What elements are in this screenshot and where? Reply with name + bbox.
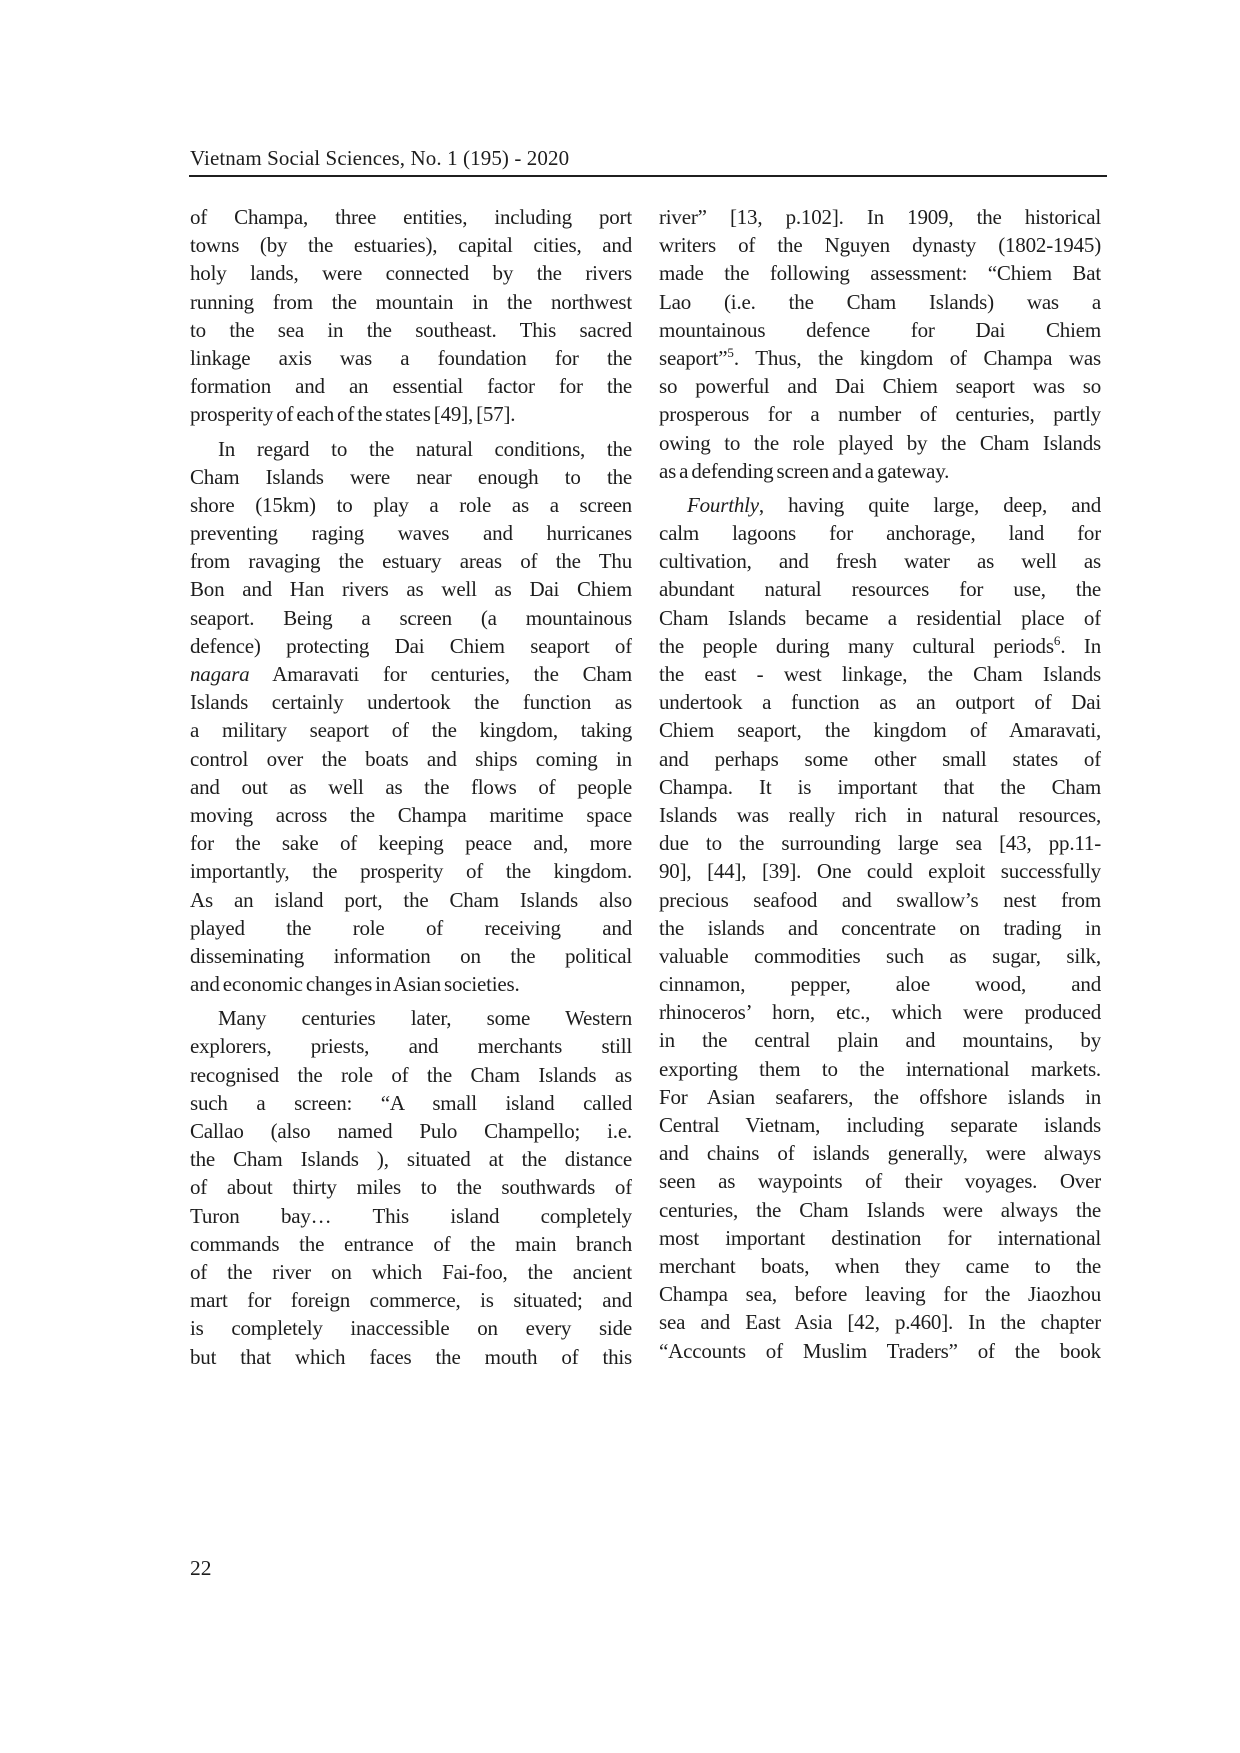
text-segment: river” [13, p.102]. In 1909, the histori… bbox=[659, 205, 1101, 229]
text-line: of about thirty miles to the southwards … bbox=[190, 1173, 632, 1201]
text-segment: as a defending screen and a gateway. bbox=[659, 459, 949, 483]
text-line: For Asian seafarers, the offshore island… bbox=[659, 1083, 1101, 1111]
text-line: cultivation, and fresh water as well as bbox=[659, 547, 1101, 575]
text-segment: rhinoceros’ horn, etc., which were produ… bbox=[659, 1000, 1101, 1024]
text-segment: the Cham Islands ), situated at the dist… bbox=[190, 1147, 632, 1171]
text-line: most important destination for internati… bbox=[659, 1224, 1101, 1252]
text-line: explorers, priests, and merchants still bbox=[190, 1032, 632, 1060]
column-left: of Champa, three entities, including por… bbox=[190, 203, 632, 1371]
text-line: valuable commodities such as sugar, silk… bbox=[659, 942, 1101, 970]
text-segment: Islands certainly undertook the function… bbox=[190, 690, 632, 714]
italic-term: Fourthly bbox=[687, 493, 759, 517]
text-line: sea and East Asia [42, p.460]. In the ch… bbox=[659, 1308, 1101, 1336]
text-segment: In regard to the natural conditions, the bbox=[218, 437, 632, 461]
text-line: for the sake of keeping peace and, more bbox=[190, 829, 632, 857]
text-segment: shore (15km) to play a role as a screen bbox=[190, 493, 632, 517]
text-line: running from the mountain in the northwe… bbox=[190, 288, 632, 316]
text-segment: the people during many cultural periods bbox=[659, 634, 1054, 658]
text-line: the Cham Islands ), situated at the dist… bbox=[190, 1145, 632, 1173]
text-segment: holy lands, were connected by the rivers bbox=[190, 261, 632, 285]
text-line: precious seafood and swallow’s nest from bbox=[659, 886, 1101, 914]
text-line: Turon bay… This island completely bbox=[190, 1202, 632, 1230]
text-line: and out as well as the flows of people bbox=[190, 773, 632, 801]
text-line: defence) protecting Dai Chiem seaport of bbox=[190, 632, 632, 660]
text-line: seaport. Being a screen (a mountainous bbox=[190, 604, 632, 632]
text-segment: made the following assessment: “Chiem Ba… bbox=[659, 261, 1101, 285]
paragraph: river” [13, p.102]. In 1909, the histori… bbox=[659, 203, 1101, 485]
text-segment: cinnamon, pepper, aloe wood, and bbox=[659, 972, 1101, 996]
text-segment: Lao (i.e. the Cham Islands) was a bbox=[659, 290, 1101, 314]
text-segment: explorers, priests, and merchants still bbox=[190, 1034, 632, 1058]
text-line: from ravaging the estuary areas of the T… bbox=[190, 547, 632, 575]
text-line: Champa. It is important that the Cham bbox=[659, 773, 1101, 801]
text-segment: is completely inaccessible on every side bbox=[190, 1316, 632, 1340]
text-line: preventing raging waves and hurricanes bbox=[190, 519, 632, 547]
text-segment: precious seafood and swallow’s nest from bbox=[659, 888, 1101, 912]
text-line: but that which faces the mouth of this bbox=[190, 1343, 632, 1371]
text-segment: defence) protecting Dai Chiem seaport of bbox=[190, 634, 632, 658]
text-line: Islands certainly undertook the function… bbox=[190, 688, 632, 716]
text-line: undertook a function as an outport of Da… bbox=[659, 688, 1101, 716]
text-segment: and perhaps some other small states of bbox=[659, 747, 1101, 771]
text-segment: formation and an essential factor for th… bbox=[190, 374, 632, 398]
text-segment: valuable commodities such as sugar, silk… bbox=[659, 944, 1101, 968]
text-line: Many centuries later, some Western bbox=[190, 1004, 632, 1032]
text-line: the people during many cultural periods6… bbox=[659, 632, 1101, 660]
text-line: commands the entrance of the main branch bbox=[190, 1230, 632, 1258]
text-segment: For Asian seafarers, the offshore island… bbox=[659, 1085, 1101, 1109]
text-segment: Bon and Han rivers as well as Dai Chiem bbox=[190, 577, 632, 601]
text-line: rhinoceros’ horn, etc., which were produ… bbox=[659, 998, 1101, 1026]
text-line: is completely inaccessible on every side bbox=[190, 1314, 632, 1342]
text-line: to the sea in the southeast. This sacred bbox=[190, 316, 632, 344]
text-line: shore (15km) to play a role as a screen bbox=[190, 491, 632, 519]
text-segment: Callao (also named Pulo Champello; i.e. bbox=[190, 1119, 632, 1143]
text-segment: Amaravati for centuries, the Cham bbox=[249, 662, 632, 686]
page-number: 22 bbox=[190, 1556, 212, 1581]
text-line: river” [13, p.102]. In 1909, the histori… bbox=[659, 203, 1101, 231]
text-line: Fourthly, having quite large, deep, and bbox=[659, 491, 1101, 519]
text-segment: disseminating information on the politic… bbox=[190, 944, 632, 968]
text-segment: seaport” bbox=[659, 346, 727, 370]
text-line: made the following assessment: “Chiem Ba… bbox=[659, 259, 1101, 287]
text-segment: but that which faces the mouth of this bbox=[190, 1345, 632, 1369]
text-line: mart for foreign commerce, is situated; … bbox=[190, 1286, 632, 1314]
text-segment: in the central plain and mountains, by bbox=[659, 1028, 1101, 1052]
text-segment: importantly, the prosperity of the kingd… bbox=[190, 859, 632, 883]
text-line: of the river on which Fai-foo, the ancie… bbox=[190, 1258, 632, 1286]
text-line: in the central plain and mountains, by bbox=[659, 1026, 1101, 1054]
text-line: Central Vietnam, including separate isla… bbox=[659, 1111, 1101, 1139]
text-segment: “Accounts of Muslim Traders” of the book bbox=[659, 1339, 1101, 1363]
text-line: due to the surrounding large sea [43, pp… bbox=[659, 829, 1101, 857]
text-segment: mart for foreign commerce, is situated; … bbox=[190, 1288, 632, 1312]
text-line: In regard to the natural conditions, the bbox=[190, 435, 632, 463]
text-line: nagara Amaravati for centuries, the Cham bbox=[190, 660, 632, 688]
text-segment: and out as well as the flows of people bbox=[190, 775, 632, 799]
text-segment: the islands and concentrate on trading i… bbox=[659, 916, 1101, 940]
text-line: As an island port, the Cham Islands also bbox=[190, 886, 632, 914]
text-segment: undertook a function as an outport of Da… bbox=[659, 690, 1101, 714]
text-line: prosperous for a number of centuries, pa… bbox=[659, 400, 1101, 428]
text-segment: Turon bay… This island completely bbox=[190, 1204, 632, 1228]
text-segment: control over the boats and ships coming … bbox=[190, 747, 632, 771]
text-line: formation and an essential factor for th… bbox=[190, 372, 632, 400]
text-line: Cham Islands were near enough to the bbox=[190, 463, 632, 491]
text-segment: commands the entrance of the main branch bbox=[190, 1232, 632, 1256]
text-line: towns (by the estuaries), capital cities… bbox=[190, 231, 632, 259]
text-segment: exporting them to the international mark… bbox=[659, 1057, 1101, 1081]
italic-term: nagara bbox=[190, 662, 249, 686]
text-segment: played the role of receiving and bbox=[190, 916, 632, 940]
text-line: such a screen: “A small island called bbox=[190, 1089, 632, 1117]
text-line: merchant boats, when they came to the bbox=[659, 1252, 1101, 1280]
text-segment: calm lagoons for anchorage, land for bbox=[659, 521, 1101, 545]
text-segment: from ravaging the estuary areas of the T… bbox=[190, 549, 632, 573]
text-segment: moving across the Champa maritime space bbox=[190, 803, 632, 827]
text-line: Lao (i.e. the Cham Islands) was a bbox=[659, 288, 1101, 316]
text-line: and perhaps some other small states of bbox=[659, 745, 1101, 773]
text-segment: Many centuries later, some Western bbox=[218, 1006, 632, 1030]
text-segment: towns (by the estuaries), capital cities… bbox=[190, 233, 632, 257]
text-line: Cham Islands became a residential place … bbox=[659, 604, 1101, 632]
text-line: Chiem seaport, the kingdom of Amaravati, bbox=[659, 716, 1101, 744]
text-line: a military seaport of the kingdom, takin… bbox=[190, 716, 632, 744]
text-segment: , having quite large, deep, and bbox=[759, 493, 1101, 517]
text-segment: abundant natural resources for use, the bbox=[659, 577, 1101, 601]
text-line: 90], [44], [39]. One could exploit succe… bbox=[659, 857, 1101, 885]
column-right: river” [13, p.102]. In 1909, the histori… bbox=[659, 203, 1101, 1371]
text-segment: linkage axis was a foundation for the bbox=[190, 346, 632, 370]
text-segment: Champa sea, before leaving for the Jiaoz… bbox=[659, 1282, 1101, 1306]
text-segment: of Champa, three entities, including por… bbox=[190, 205, 632, 229]
text-segment: for the sake of keeping peace and, more bbox=[190, 831, 632, 855]
text-line: importantly, the prosperity of the kingd… bbox=[190, 857, 632, 885]
text-line: disseminating information on the politic… bbox=[190, 942, 632, 970]
text-line: owing to the role played by the Cham Isl… bbox=[659, 429, 1101, 457]
text-segment: seen as waypoints of their voyages. Over bbox=[659, 1169, 1101, 1193]
text-line: linkage axis was a foundation for the bbox=[190, 344, 632, 372]
text-segment: . Thus, the kingdom of Champa was bbox=[734, 346, 1101, 370]
text-line: seaport”5. Thus, the kingdom of Champa w… bbox=[659, 344, 1101, 372]
text-line: the islands and concentrate on trading i… bbox=[659, 914, 1101, 942]
text-line: holy lands, were connected by the rivers bbox=[190, 259, 632, 287]
paragraph: Many centuries later, some Westernexplor… bbox=[190, 1004, 632, 1370]
text-segment: . In bbox=[1060, 634, 1101, 658]
text-line: Champa sea, before leaving for the Jiaoz… bbox=[659, 1280, 1101, 1308]
text-line: prosperity of each of the states [49], [… bbox=[190, 400, 632, 428]
text-line: played the role of receiving and bbox=[190, 914, 632, 942]
text-segment: of about thirty miles to the southwards … bbox=[190, 1175, 632, 1199]
text-line: control over the boats and ships coming … bbox=[190, 745, 632, 773]
text-line: “Accounts of Muslim Traders” of the book bbox=[659, 1337, 1101, 1365]
text-segment: the east - west linkage, the Cham Island… bbox=[659, 662, 1101, 686]
text-segment: most important destination for internati… bbox=[659, 1226, 1101, 1250]
text-segment: writers of the Nguyen dynasty (1802-1945… bbox=[659, 233, 1101, 257]
text-line: and chains of islands generally, were al… bbox=[659, 1139, 1101, 1167]
text-segment: Cham Islands were near enough to the bbox=[190, 465, 632, 489]
journal-page: Vietnam Social Sciences, No. 1 (195) - 2… bbox=[0, 0, 1240, 1753]
text-segment: prosperous for a number of centuries, pa… bbox=[659, 402, 1101, 426]
text-line: calm lagoons for anchorage, land for bbox=[659, 519, 1101, 547]
paragraph: Fourthly, having quite large, deep, andc… bbox=[659, 491, 1101, 1365]
text-segment: due to the surrounding large sea [43, pp… bbox=[659, 831, 1101, 855]
text-segment: Central Vietnam, including separate isla… bbox=[659, 1113, 1101, 1137]
text-line: Islands was really rich in natural resou… bbox=[659, 801, 1101, 829]
text-line: recognised the role of the Cham Islands … bbox=[190, 1061, 632, 1089]
paragraph: In regard to the natural conditions, the… bbox=[190, 435, 632, 999]
text-segment: 90], [44], [39]. One could exploit succe… bbox=[659, 859, 1101, 883]
text-segment: and economic changes in Asian societies. bbox=[190, 972, 520, 996]
text-line: so powerful and Dai Chiem seaport was so bbox=[659, 372, 1101, 400]
text-line: writers of the Nguyen dynasty (1802-1945… bbox=[659, 231, 1101, 259]
paragraph: of Champa, three entities, including por… bbox=[190, 203, 632, 429]
text-segment: centuries, the Cham Islands were always … bbox=[659, 1198, 1101, 1222]
text-line: of Champa, three entities, including por… bbox=[190, 203, 632, 231]
text-line: exporting them to the international mark… bbox=[659, 1055, 1101, 1083]
text-line: Bon and Han rivers as well as Dai Chiem bbox=[190, 575, 632, 603]
text-line: mountainous defence for Dai Chiem bbox=[659, 316, 1101, 344]
text-segment: Cham Islands became a residential place … bbox=[659, 606, 1101, 630]
text-line: centuries, the Cham Islands were always … bbox=[659, 1196, 1101, 1224]
text-segment: owing to the role played by the Cham Isl… bbox=[659, 431, 1101, 455]
text-segment: Chiem seaport, the kingdom of Amaravati, bbox=[659, 718, 1101, 742]
text-segment: running from the mountain in the northwe… bbox=[190, 290, 632, 314]
text-line: cinnamon, pepper, aloe wood, and bbox=[659, 970, 1101, 998]
text-line: Callao (also named Pulo Champello; i.e. bbox=[190, 1117, 632, 1145]
text-segment: sea and East Asia [42, p.460]. In the ch… bbox=[659, 1310, 1101, 1334]
text-segment: a military seaport of the kingdom, takin… bbox=[190, 718, 632, 742]
text-segment: and chains of islands generally, were al… bbox=[659, 1141, 1101, 1165]
text-segment: such a screen: “A small island called bbox=[190, 1091, 632, 1115]
text-line: abundant natural resources for use, the bbox=[659, 575, 1101, 603]
text-segment: of the river on which Fai-foo, the ancie… bbox=[190, 1260, 632, 1284]
text-segment: merchant boats, when they came to the bbox=[659, 1254, 1101, 1278]
text-line: as a defending screen and a gateway. bbox=[659, 457, 1101, 485]
text-line: moving across the Champa maritime space bbox=[190, 801, 632, 829]
header-rule-divider bbox=[189, 175, 1107, 177]
text-line: and economic changes in Asian societies. bbox=[190, 970, 632, 998]
text-segment: As an island port, the Cham Islands also bbox=[190, 888, 632, 912]
text-segment: seaport. Being a screen (a mountainous bbox=[190, 606, 632, 630]
text-segment: Islands was really rich in natural resou… bbox=[659, 803, 1101, 827]
text-segment: so powerful and Dai Chiem seaport was so bbox=[659, 374, 1101, 398]
text-segment: preventing raging waves and hurricanes bbox=[190, 521, 632, 545]
text-segment: Champa. It is important that the Cham bbox=[659, 775, 1101, 799]
text-segment: to the sea in the southeast. This sacred bbox=[190, 318, 632, 342]
text-segment: recognised the role of the Cham Islands … bbox=[190, 1063, 632, 1087]
text-segment: mountainous defence for Dai Chiem bbox=[659, 318, 1101, 342]
text-line: the east - west linkage, the Cham Island… bbox=[659, 660, 1101, 688]
text-line: seen as waypoints of their voyages. Over bbox=[659, 1167, 1101, 1195]
text-segment: cultivation, and fresh water as well as bbox=[659, 549, 1101, 573]
running-header: Vietnam Social Sciences, No. 1 (195) - 2… bbox=[190, 146, 1108, 171]
page-body: of Champa, three entities, including por… bbox=[190, 203, 1108, 1371]
text-segment: prosperity of each of the states [49], [… bbox=[190, 402, 515, 426]
